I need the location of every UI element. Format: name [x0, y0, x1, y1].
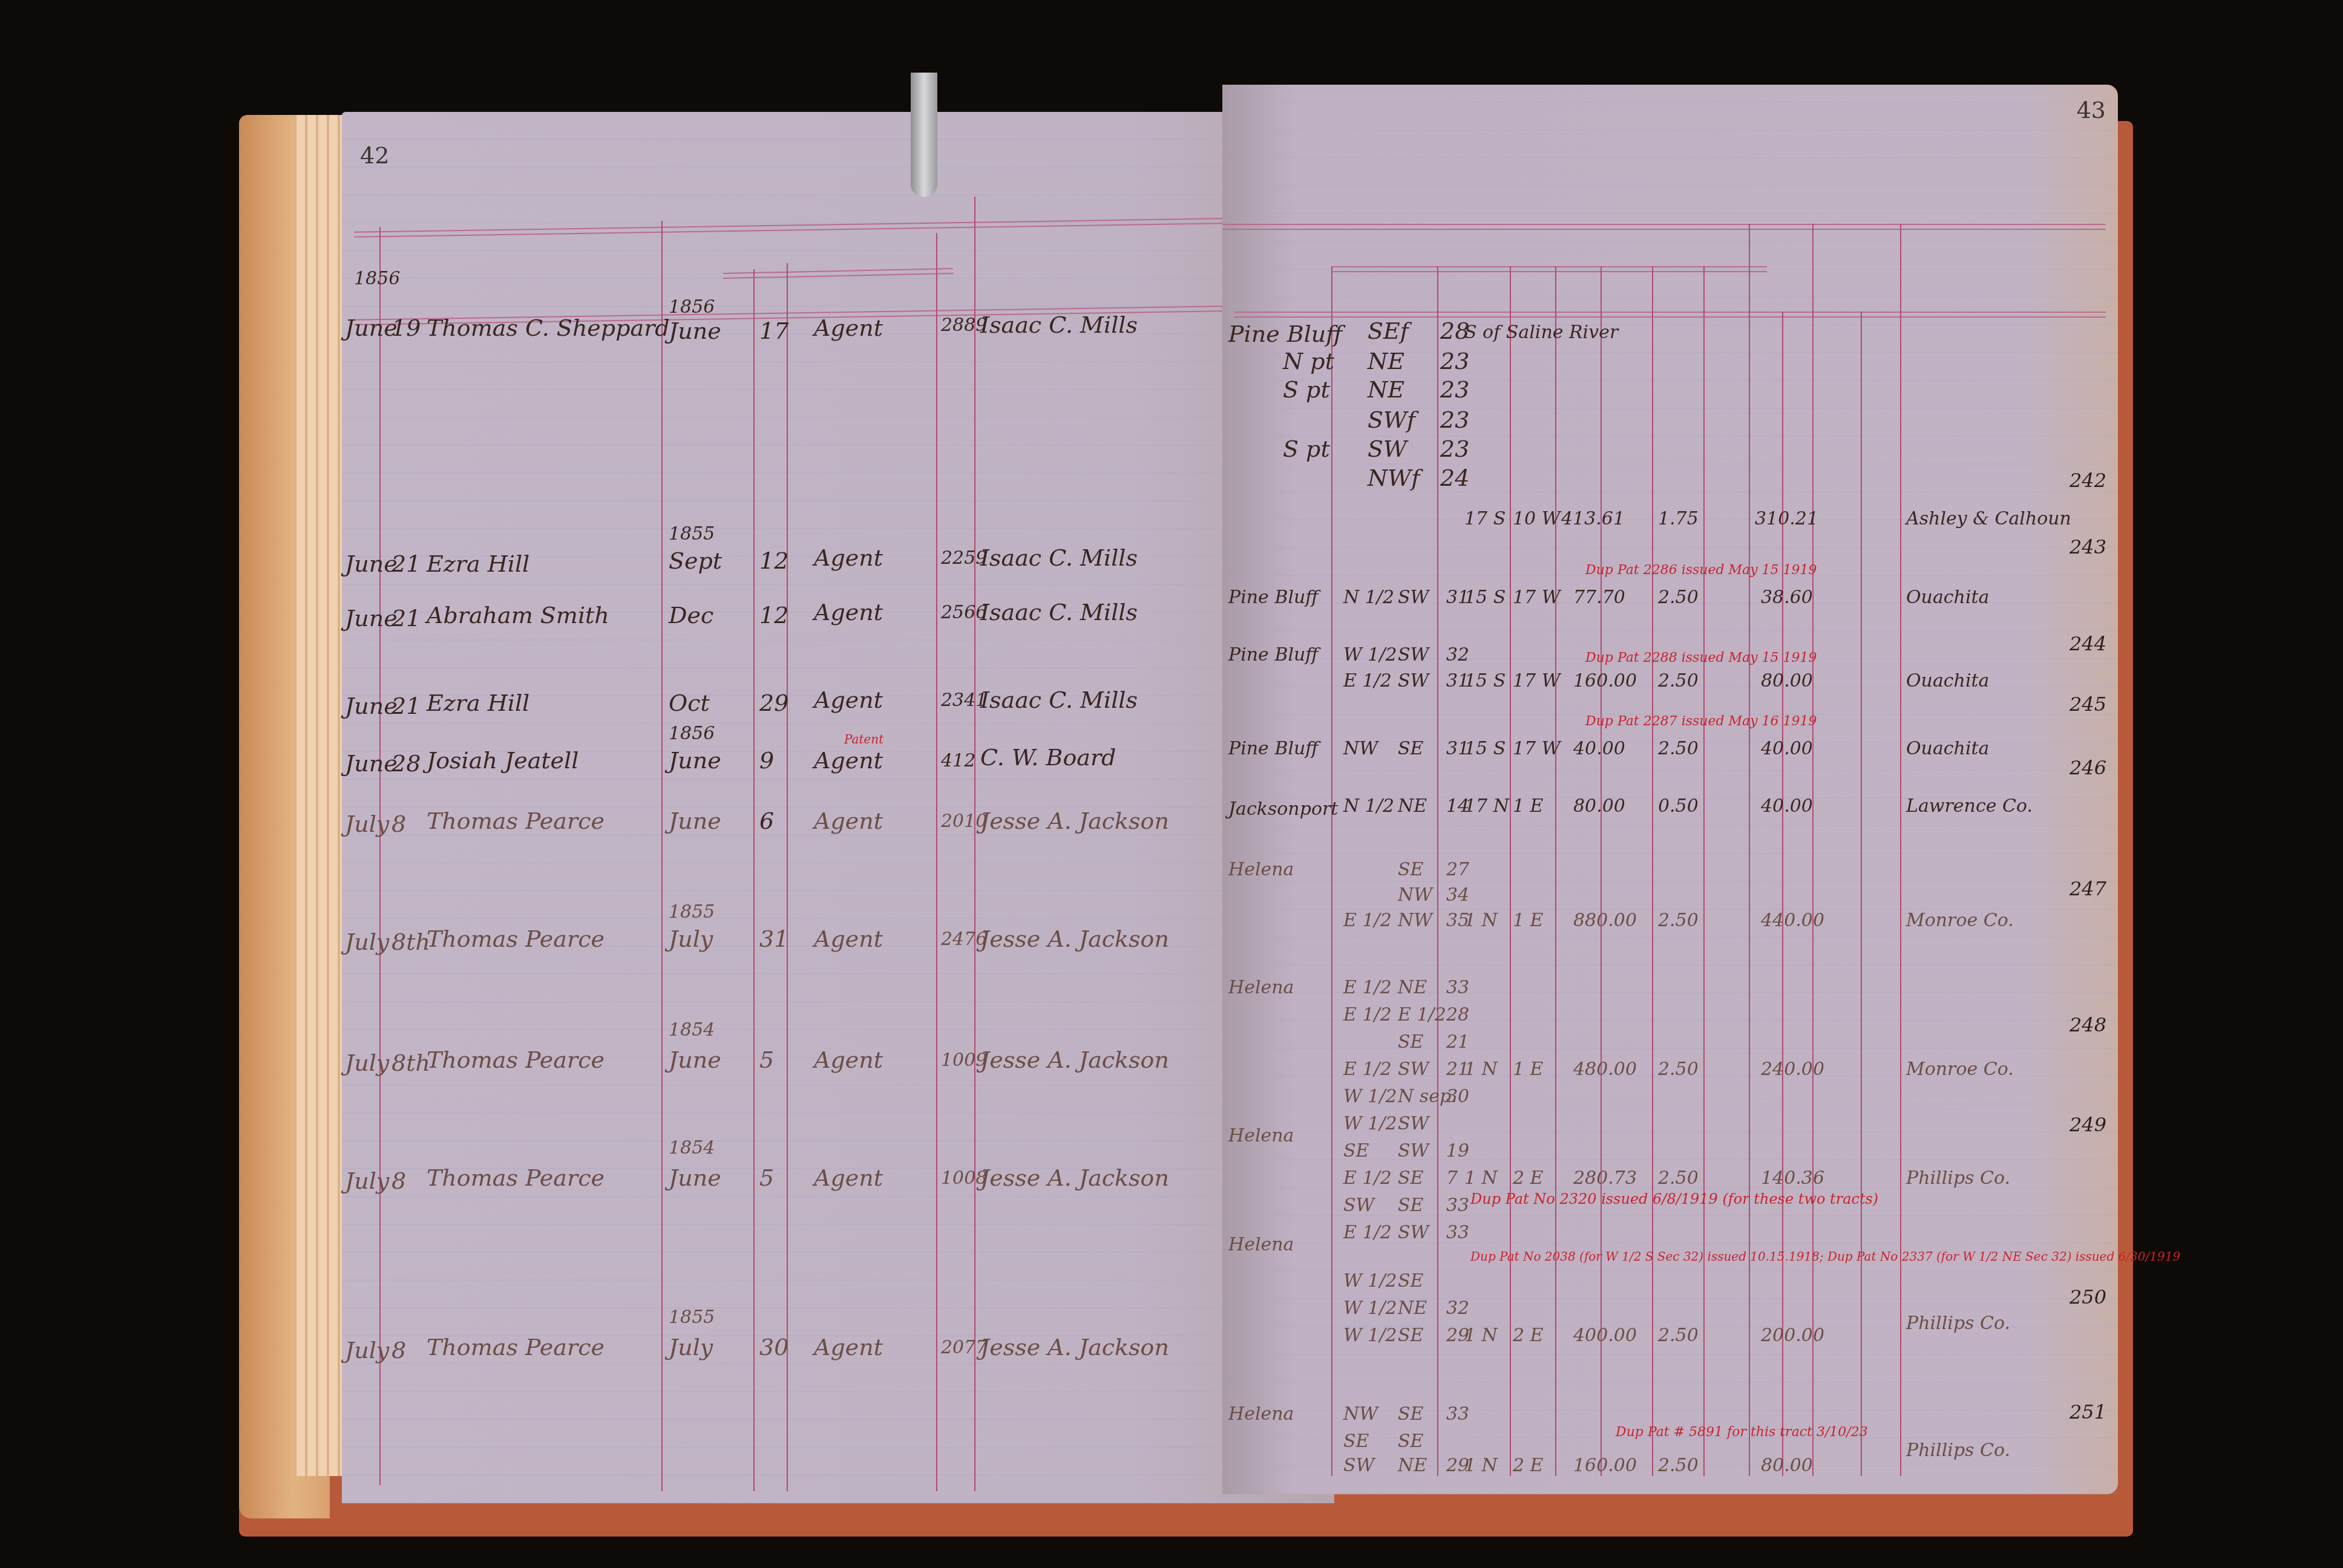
entry-date-month: June [669, 747, 721, 774]
entry-day: 21 [392, 550, 421, 577]
tract-subdivision: SE [1398, 1325, 1423, 1346]
tract-section: 23 [1440, 407, 1469, 433]
range: 2 E [1513, 1325, 1544, 1346]
entry-name: Thomas Pearce [427, 926, 605, 952]
year-header: 1856 [354, 268, 400, 289]
entry-name: Abraham Smith [427, 602, 609, 629]
township: 15 S [1464, 670, 1506, 691]
tract-subdivision: NE [1368, 376, 1404, 403]
tract-part: W 1/2 [1343, 1270, 1397, 1292]
tract-part: NW [1343, 1403, 1378, 1425]
acres: 400.00 [1573, 1325, 1637, 1346]
entry-date-month: June [669, 1165, 721, 1191]
entry-ref-number: 248 [2069, 1013, 2106, 1036]
rate: 2.50 [1658, 738, 1699, 759]
tract-subdivision: SE [1398, 1431, 1423, 1452]
tract-subdivision: SE [1398, 859, 1423, 880]
range: 17 W [1513, 670, 1561, 691]
tract-section: 30 [1446, 1086, 1469, 1107]
county: Phillips Co. [1906, 1313, 2010, 1334]
tract-subdivision: SE [1398, 1031, 1423, 1053]
entry-office: Agent [814, 926, 883, 952]
tract-subdivision: SW [1398, 587, 1429, 608]
entry-name: Thomas Pearce [427, 1047, 605, 1073]
office-note: Patent [844, 732, 883, 746]
tract-part: W 1/2 [1343, 644, 1397, 665]
entry-date-month: Sept [669, 547, 722, 574]
tract-subdivision: SE [1398, 738, 1423, 759]
county: Phillips Co. [1906, 1168, 2010, 1189]
entry-officer: Jesse A. Jackson [980, 808, 1169, 834]
entry-ref-number: 242 [2069, 469, 2106, 492]
entry-name: Ezra Hill [427, 690, 529, 716]
tract-section: 33 [1446, 1403, 1469, 1425]
entry-place: Pine Bluff [1228, 321, 1342, 347]
entry-office: Agent [814, 1047, 883, 1073]
entry-ref-number: 249 [2069, 1113, 2106, 1136]
rate: 2.50 [1658, 587, 1699, 608]
entry-month: July [345, 1168, 389, 1194]
header-rule-bottom [1234, 312, 2106, 318]
tract-part: E 1/2 [1343, 910, 1392, 931]
tract-part: E 1/2 [1343, 1004, 1392, 1025]
tract-section: 21 [1446, 1031, 1469, 1053]
tract-part: W 1/2 [1343, 1325, 1397, 1346]
amount: 200.00 [1761, 1325, 1824, 1346]
entry-year: 1855 [669, 523, 715, 544]
tract-part: N pt [1283, 348, 1334, 374]
entry-place: Helena [1228, 859, 1294, 880]
entry-place: Helena [1228, 1234, 1294, 1255]
duplicate-patent-note: Dup Pat 2288 issued May 15 1919 [1585, 650, 1817, 665]
tract-section: 33 [1446, 977, 1469, 998]
entry-month: June [345, 750, 398, 777]
range: 1 E [1513, 1059, 1544, 1080]
entry-date-month: Dec [669, 602, 713, 629]
entry-place: Helena [1228, 1403, 1294, 1425]
amount: 40.00 [1761, 738, 1813, 759]
entry-month: July [345, 811, 389, 837]
rate: 2.50 [1658, 1455, 1699, 1476]
entry-day: 8th [392, 1050, 430, 1076]
ledger-book: 42 1856 June 19 Thomas C. Sheppard 1856 … [239, 73, 2133, 1537]
entry-office: Agent [814, 687, 883, 713]
entry-year: 1855 [669, 901, 715, 923]
tract-subdivision: E 1/2 [1398, 1004, 1446, 1025]
tract-part: N 1/2 [1343, 587, 1394, 608]
entry-date-month: June [669, 1047, 721, 1073]
entry-ref-number: 245 [2069, 693, 2106, 716]
entry-office: Agent [814, 315, 883, 341]
entry-officer: Jesse A. Jackson [980, 1334, 1169, 1361]
entry-place: Helena [1228, 1125, 1294, 1146]
tract-part: SE [1343, 1140, 1369, 1161]
township: 1 N [1464, 1059, 1498, 1080]
entry-ref-number: 250 [2069, 1285, 2106, 1308]
metal-bookmark-clip [911, 73, 937, 197]
township: 1 N [1464, 1168, 1498, 1189]
tract-part: E 1/2 [1343, 1222, 1392, 1243]
range: 2 E [1513, 1168, 1544, 1189]
acres: 480.00 [1573, 1059, 1637, 1080]
entry-name: Thomas Pearce [427, 1334, 605, 1361]
entry-day: 28 [392, 750, 421, 777]
entry-date-month: June [669, 318, 721, 344]
range: 1 E [1513, 910, 1544, 931]
duplicate-patent-note: Dup Pat 2287 issued May 16 1919 [1585, 714, 1817, 729]
acres: 160.00 [1573, 670, 1637, 691]
entry-ref-number: 243 [2069, 535, 2106, 558]
entry-month: July [345, 1337, 389, 1364]
rate: 2.50 [1658, 1168, 1699, 1189]
entry-place: Jacksonport [1228, 799, 1338, 820]
tract-section: 27 [1446, 859, 1469, 880]
tract-part: E 1/2 [1343, 670, 1392, 691]
tract-part: S pt [1283, 376, 1330, 403]
entry-day: 8 [392, 1168, 406, 1194]
amount: 40.00 [1761, 795, 1813, 817]
entry-day: 8 [392, 1337, 406, 1364]
rate: 2.50 [1658, 1325, 1699, 1346]
acres: 880.00 [1573, 910, 1637, 931]
township: 15 S [1464, 587, 1506, 608]
township: 1 N [1464, 1325, 1498, 1346]
entry-officer: Jesse A. Jackson [980, 926, 1169, 952]
entry-place: Pine Bluff [1228, 644, 1319, 665]
entry-date-day: 9 [759, 747, 774, 774]
tract-part: W 1/2 [1343, 1086, 1397, 1107]
tract-section: 32 [1446, 1298, 1469, 1319]
entry-office: Agent [814, 808, 883, 834]
amount: 80.00 [1761, 1455, 1813, 1476]
entry-date-day: 12 [759, 602, 788, 629]
entry-month: July [345, 929, 389, 955]
township: 17 N [1464, 795, 1509, 817]
county: Monroe Co. [1906, 1059, 2014, 1080]
tract-subdivision: NE [1368, 348, 1404, 374]
duplicate-patent-note: Dup Pat No 2038 (for W 1/2 S Sec 32) iss… [1470, 1249, 2180, 1264]
entry-officer: C. W. Board [980, 744, 1116, 771]
township: 15 S [1464, 738, 1506, 759]
tract-subdivision: SE [1398, 1168, 1423, 1189]
tract-part: S pt [1283, 436, 1330, 462]
tract-part: E 1/2 [1343, 977, 1392, 998]
header-rule-mid [1331, 266, 1767, 272]
acres: 280.73 [1573, 1168, 1637, 1189]
tract-description: S of Saline River [1464, 322, 1618, 343]
tract-part: E 1/2 [1343, 1168, 1392, 1189]
range: 1 E [1513, 795, 1544, 817]
amount: 440.00 [1761, 910, 1824, 931]
range: 10 W [1513, 508, 1561, 529]
county: Monroe Co. [1906, 910, 2014, 931]
tract-subdivision: NE [1398, 1298, 1427, 1319]
tract-subdivision: SWf [1368, 407, 1415, 433]
county: Ouachita [1906, 670, 1989, 691]
tract-part: NW [1343, 738, 1378, 759]
duplicate-patent-note: Dup Pat # 5891 for this tract 3/10/23 [1616, 1425, 1868, 1440]
amount: 310.21 [1755, 508, 1818, 529]
right-page: 43 Pine Bluff SEf 28 S of Saline River N… [1222, 85, 2118, 1494]
entry-place: Pine Bluff [1228, 738, 1319, 759]
tract-section: 24 [1440, 465, 1469, 491]
tract-section: 23 [1440, 348, 1469, 374]
entry-office: Agent [814, 599, 883, 626]
entry-month: June [345, 315, 398, 341]
tract-section: 34 [1446, 884, 1469, 906]
entry-officer: Jesse A. Jackson [980, 1165, 1169, 1191]
entry-month: June [345, 605, 398, 632]
duplicate-patent-note: Dup Pat 2286 issued May 15 1919 [1585, 563, 1817, 578]
tract-part: SW [1343, 1455, 1374, 1476]
tract-subdivision: SW [1398, 1222, 1429, 1243]
tract-section: 23 [1440, 376, 1469, 403]
township: 17 S [1464, 508, 1506, 529]
rate: 2.50 [1658, 910, 1699, 931]
entry-place: Helena [1228, 977, 1294, 998]
range: 17 W [1513, 738, 1561, 759]
entry-date-month: June [669, 808, 721, 834]
county: Ouachita [1906, 587, 1989, 608]
entry-officer: Isaac C. Mills [980, 312, 1138, 338]
acres: 77.70 [1573, 587, 1625, 608]
range: 17 W [1513, 587, 1561, 608]
entry-day: 19 [392, 315, 421, 341]
entry-year: 1856 [669, 723, 715, 744]
tract-subdivision: NE [1398, 1455, 1427, 1476]
entry-date-day: 5 [759, 1165, 774, 1191]
tract-part: SW [1343, 1195, 1374, 1216]
tract-part: E 1/2 [1343, 1059, 1392, 1080]
entry-day: 8th [392, 929, 430, 955]
entry-date-month: July [669, 1334, 713, 1361]
entry-day: 21 [392, 605, 421, 632]
entry-month: June [345, 550, 398, 577]
tract-subdivision: NE [1398, 977, 1427, 998]
entry-date-day: 30 [759, 1334, 788, 1361]
acres: 160.00 [1573, 1455, 1637, 1476]
range: 2 E [1513, 1455, 1544, 1476]
tract-section: 33 [1446, 1222, 1469, 1243]
tract-part: W 1/2 [1343, 1113, 1397, 1134]
entry-year: 1855 [669, 1307, 715, 1328]
tract-part: W 1/2 [1343, 1298, 1397, 1319]
entry-name: Ezra Hill [427, 550, 529, 577]
entry-officer: Isaac C. Mills [980, 599, 1138, 626]
acres: 80.00 [1573, 795, 1625, 817]
amount: 38.60 [1761, 587, 1813, 608]
page-number-left: 42 [360, 142, 389, 169]
entry-ref-number: 251 [2069, 1400, 2106, 1423]
amount: 80.00 [1761, 670, 1813, 691]
entry-year: 1856 [669, 296, 715, 318]
page-number-right: 43 [2077, 97, 2106, 123]
amount: 140.36 [1761, 1168, 1824, 1189]
tract-section: 32 [1446, 644, 1469, 665]
county: Phillips Co. [1906, 1440, 2010, 1461]
entry-date-day: 31 [759, 926, 788, 952]
county: Ouachita [1906, 738, 1989, 759]
entry-date-day: 6 [759, 808, 774, 834]
tract-subdivision: SEf [1368, 318, 1409, 344]
entry-year: 1854 [669, 1019, 715, 1040]
county: Lawrence Co. [1906, 795, 2033, 817]
rate: 2.50 [1658, 670, 1699, 691]
tract-subdivision: NE [1398, 795, 1427, 817]
tract-subdivision: SW [1368, 436, 1407, 462]
entry-year: 1854 [669, 1137, 715, 1158]
tract-section: 7 [1446, 1168, 1458, 1189]
acres: 40.00 [1573, 738, 1625, 759]
tract-subdivision: NW [1398, 910, 1432, 931]
entry-date-day: 5 [759, 1047, 774, 1073]
tract-part: N 1/2 [1343, 795, 1394, 817]
entry-office: Agent [814, 747, 883, 774]
tract-part: SE [1343, 1431, 1369, 1452]
tract-subdivision: SE [1398, 1195, 1423, 1216]
entry-day: 21 [392, 693, 421, 719]
entry-date-day: 29 [759, 690, 788, 716]
entry-month: June [345, 693, 398, 719]
tract-section: 23 [1440, 436, 1469, 462]
township: 1 N [1464, 910, 1498, 931]
header-rule-top [1222, 224, 2106, 230]
entry-name: Josiah Jeatell [427, 747, 578, 774]
tract-subdivision: SW [1398, 1059, 1429, 1080]
entry-month: July [345, 1050, 389, 1076]
tract-subdivision: NW [1398, 884, 1432, 906]
left-page: 42 1856 June 19 Thomas C. Sheppard 1856 … [342, 112, 1334, 1503]
entry-name: Thomas Pearce [427, 1165, 605, 1191]
tract-subdivision: SW [1398, 644, 1429, 665]
tract-section: 28 [1446, 1004, 1469, 1025]
entry-office: Agent [814, 544, 883, 571]
entry-office: Agent [814, 1165, 883, 1191]
tract-section: 19 [1446, 1140, 1469, 1161]
entry-officer: Isaac C. Mills [980, 544, 1138, 571]
entry-cert-no: 412 [941, 750, 975, 771]
entry-name: Thomas C. Sheppard [427, 315, 670, 341]
entry-officer: Jesse A. Jackson [980, 1047, 1169, 1073]
tract-subdivision: SW [1398, 1140, 1429, 1161]
entry-date-day: 17 [759, 318, 788, 344]
rate: 2.50 [1658, 1059, 1699, 1080]
tract-section: 33 [1446, 1195, 1469, 1216]
acres: 413.61 [1561, 508, 1625, 529]
rate: 1.75 [1658, 508, 1699, 529]
tract-subdivision: SE [1398, 1270, 1423, 1292]
entry-name: Thomas Pearce [427, 808, 605, 834]
township: 1 N [1464, 1455, 1498, 1476]
entry-date-month: July [669, 926, 713, 952]
entry-date-day: 12 [759, 547, 788, 574]
entry-office: Agent [814, 1334, 883, 1361]
tract-subdivision: SE [1398, 1403, 1423, 1425]
amount: 240.00 [1761, 1059, 1824, 1080]
tract-subdivision: SW [1398, 670, 1429, 691]
entry-date-month: Oct [669, 690, 710, 716]
entry-officer: Isaac C. Mills [980, 687, 1138, 713]
tract-subdivision: NWf [1368, 465, 1420, 491]
entry-ref-number: 247 [2069, 877, 2106, 900]
entry-ref-number: 246 [2069, 756, 2106, 779]
entry-place: Pine Bluff [1228, 587, 1319, 608]
duplicate-patent-note: Dup Pat No 2320 issued 6/8/1919 (for the… [1470, 1191, 1878, 1207]
rate: 0.50 [1658, 795, 1699, 817]
tract-subdivision: SW [1398, 1113, 1429, 1134]
entry-day: 8 [392, 811, 406, 837]
county: Ashley & Calhoun [1906, 508, 2071, 529]
entry-ref-number: 244 [2069, 632, 2106, 655]
